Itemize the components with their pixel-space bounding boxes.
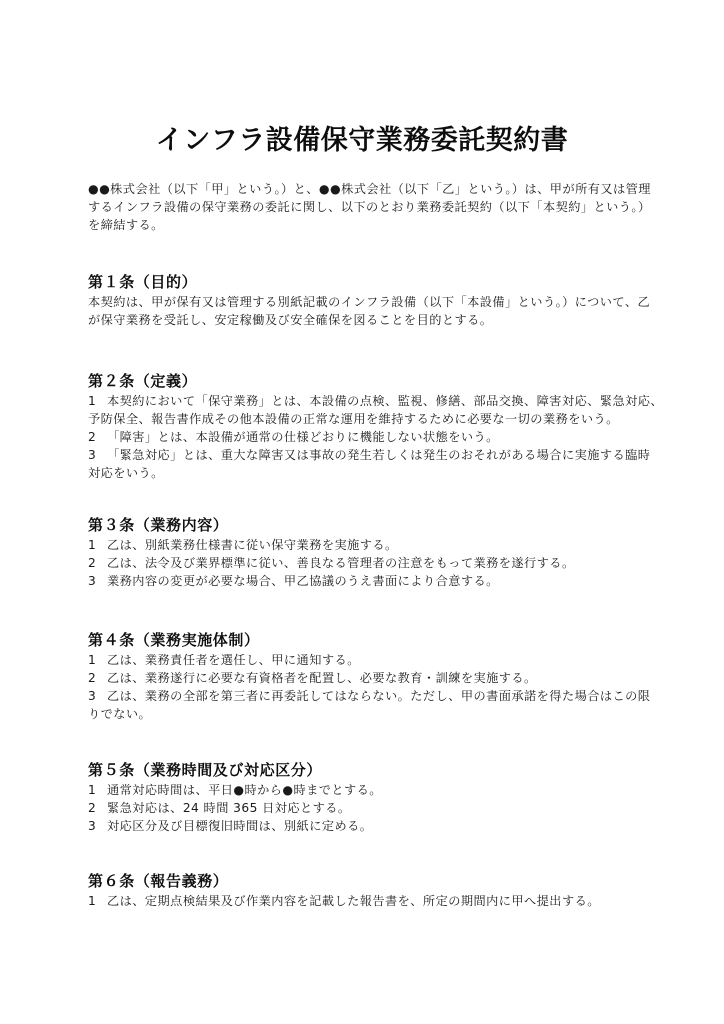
article-heading: 第２条（定義） (88, 371, 648, 392)
item-number: 2 (88, 669, 107, 687)
item-number: 1 (88, 651, 107, 669)
item-text: 乙は、別紙業務仕様書に従い保守業務を実施する。 (107, 538, 398, 552)
article-heading: 第４条（業務実施体制） (88, 630, 648, 651)
item-number: 1 (88, 392, 107, 410)
article-item: 2緊急対応は、24 時間 365 日対応とする。 (88, 799, 648, 817)
article-item: 3対応区分及び目標復旧時間は、別紙に定める。 (88, 817, 648, 835)
item-text: 乙は、業務責任者を選任し、甲に通知する。 (107, 653, 360, 667)
item-number: 2 (88, 554, 107, 572)
item-number: 1 (88, 781, 107, 799)
article-item: 3業務内容の変更が必要な場合、甲乙協議のうえ書面により合意する。 (88, 572, 648, 590)
article-heading: 第６条（報告義務） (88, 871, 648, 892)
item-text: 本契約において「保守業務」とは、本設備の点検、監視、修繕、部品交換、障害対応、緊… (107, 394, 663, 408)
article-3: 第３条（業務内容） 1乙は、別紙業務仕様書に従い保守業務を実施する。 2乙は、法… (88, 515, 648, 590)
preamble-line: するインフラ設備の保守業務の委託に関し、以下のとおり業務委託契約（以下「本契約」… (88, 198, 648, 216)
preamble: ●●株式会社（以下「甲」という。）と、●●株式会社（以下「乙」という。）は、甲が… (88, 180, 648, 234)
article-item-continuation: りでない。 (88, 705, 648, 723)
item-number: 2 (88, 799, 107, 817)
article-line: が保守業務を受託し、安定稼働及び安全確保を図ることを目的とする。 (88, 311, 648, 329)
preamble-line: ●●株式会社（以下「甲」という。）と、●●株式会社（以下「乙」という。）は、甲が… (88, 180, 648, 198)
item-number: 3 (88, 817, 107, 835)
article-item: 1本契約において「保守業務」とは、本設備の点検、監視、修繕、部品交換、障害対応、… (88, 392, 648, 410)
item-text: 乙は、定期点検結果及び作業内容を記載した報告書を、所定の期間内に甲へ提出する。 (107, 894, 600, 908)
item-text: 「障害」とは、本設備が通常の仕様どおりに機能しない状態をいう。 (107, 430, 499, 444)
item-number: 1 (88, 536, 107, 554)
item-number: 1 (88, 892, 107, 910)
item-text: 対応をいう。 (88, 466, 164, 480)
article-heading: 第３条（業務内容） (88, 515, 648, 536)
article-heading: 第５条（業務時間及び対応区分） (88, 760, 648, 781)
article-item-continuation: 対応をいう。 (88, 464, 648, 482)
article-item: 1乙は、別紙業務仕様書に従い保守業務を実施する。 (88, 536, 648, 554)
item-text: 予防保全、報告書作成その他本設備の正常な運用を維持するために必要な一切の業務をい… (88, 412, 619, 426)
item-text: 乙は、業務遂行に必要な有資格者を配置し、必要な教育・訓練を実施する。 (107, 671, 537, 685)
item-text: 業務内容の変更が必要な場合、甲乙協議のうえ書面により合意する。 (107, 574, 499, 588)
item-text: 対応区分及び目標復旧時間は、別紙に定める。 (107, 819, 372, 833)
item-text: 通常対応時間は、平日●時から●時までとする。 (107, 783, 382, 797)
article-5: 第５条（業務時間及び対応区分） 1通常対応時間は、平日●時から●時までとする。 … (88, 760, 648, 835)
item-text: 「緊急対応」とは、重大な障害又は事故の発生若しくは発生のおそれがある場合に実施す… (107, 448, 650, 462)
article-1: 第１条（目的） 本契約は、甲が保有又は管理する別紙記載のインフラ設備（以下「本設… (88, 272, 648, 329)
article-item: 1乙は、定期点検結果及び作業内容を記載した報告書を、所定の期間内に甲へ提出する。 (88, 892, 648, 910)
article-line: 本契約は、甲が保有又は管理する別紙記載のインフラ設備（以下「本設備」という。）に… (88, 293, 648, 311)
item-number: 3 (88, 687, 107, 705)
article-item: 2乙は、法令及び業界標準に従い、善良なる管理者の注意をもって業務を遂行する。 (88, 554, 648, 572)
article-item: 3乙は、業務の全部を第三者に再委託してはならない。ただし、甲の書面承諾を得た場合… (88, 687, 648, 705)
article-item-continuation: 予防保全、報告書作成その他本設備の正常な運用を維持するために必要な一切の業務をい… (88, 410, 648, 428)
article-item: 3「緊急対応」とは、重大な障害又は事故の発生若しくは発生のおそれがある場合に実施… (88, 446, 648, 464)
article-item: 1乙は、業務責任者を選任し、甲に通知する。 (88, 651, 648, 669)
document-title: インフラ設備保守業務委託契約書 (0, 122, 724, 160)
item-text: 乙は、業務の全部を第三者に再委託してはならない。ただし、甲の書面承諾を得た場合は… (107, 689, 650, 703)
article-item: 1通常対応時間は、平日●時から●時までとする。 (88, 781, 648, 799)
item-number: 3 (88, 446, 107, 464)
article-4: 第４条（業務実施体制） 1乙は、業務責任者を選任し、甲に通知する。 2乙は、業務… (88, 630, 648, 723)
item-number: 3 (88, 572, 107, 590)
item-number: 2 (88, 428, 107, 446)
article-item: 2「障害」とは、本設備が通常の仕様どおりに機能しない状態をいう。 (88, 428, 648, 446)
article-2: 第２条（定義） 1本契約において「保守業務」とは、本設備の点検、監視、修繕、部品… (88, 371, 648, 482)
item-text: 緊急対応は、24 時間 365 日対応とする。 (107, 801, 351, 815)
article-6: 第６条（報告義務） 1乙は、定期点検結果及び作業内容を記載した報告書を、所定の期… (88, 871, 648, 910)
item-text: 乙は、法令及び業界標準に従い、善良なる管理者の注意をもって業務を遂行する。 (107, 556, 575, 570)
article-heading: 第１条（目的） (88, 272, 648, 293)
article-line-text: 本契約は、甲が保有又は管理する別紙記載のインフラ設備（以下「本設備」という。）に… (88, 295, 650, 309)
article-line-text: が保守業務を受託し、安定稼働及び安全確保を図ることを目的とする。 (88, 313, 492, 327)
item-text: りでない。 (88, 707, 151, 721)
preamble-line: を締結する。 (88, 216, 648, 234)
article-item: 2乙は、業務遂行に必要な有資格者を配置し、必要な教育・訓練を実施する。 (88, 669, 648, 687)
